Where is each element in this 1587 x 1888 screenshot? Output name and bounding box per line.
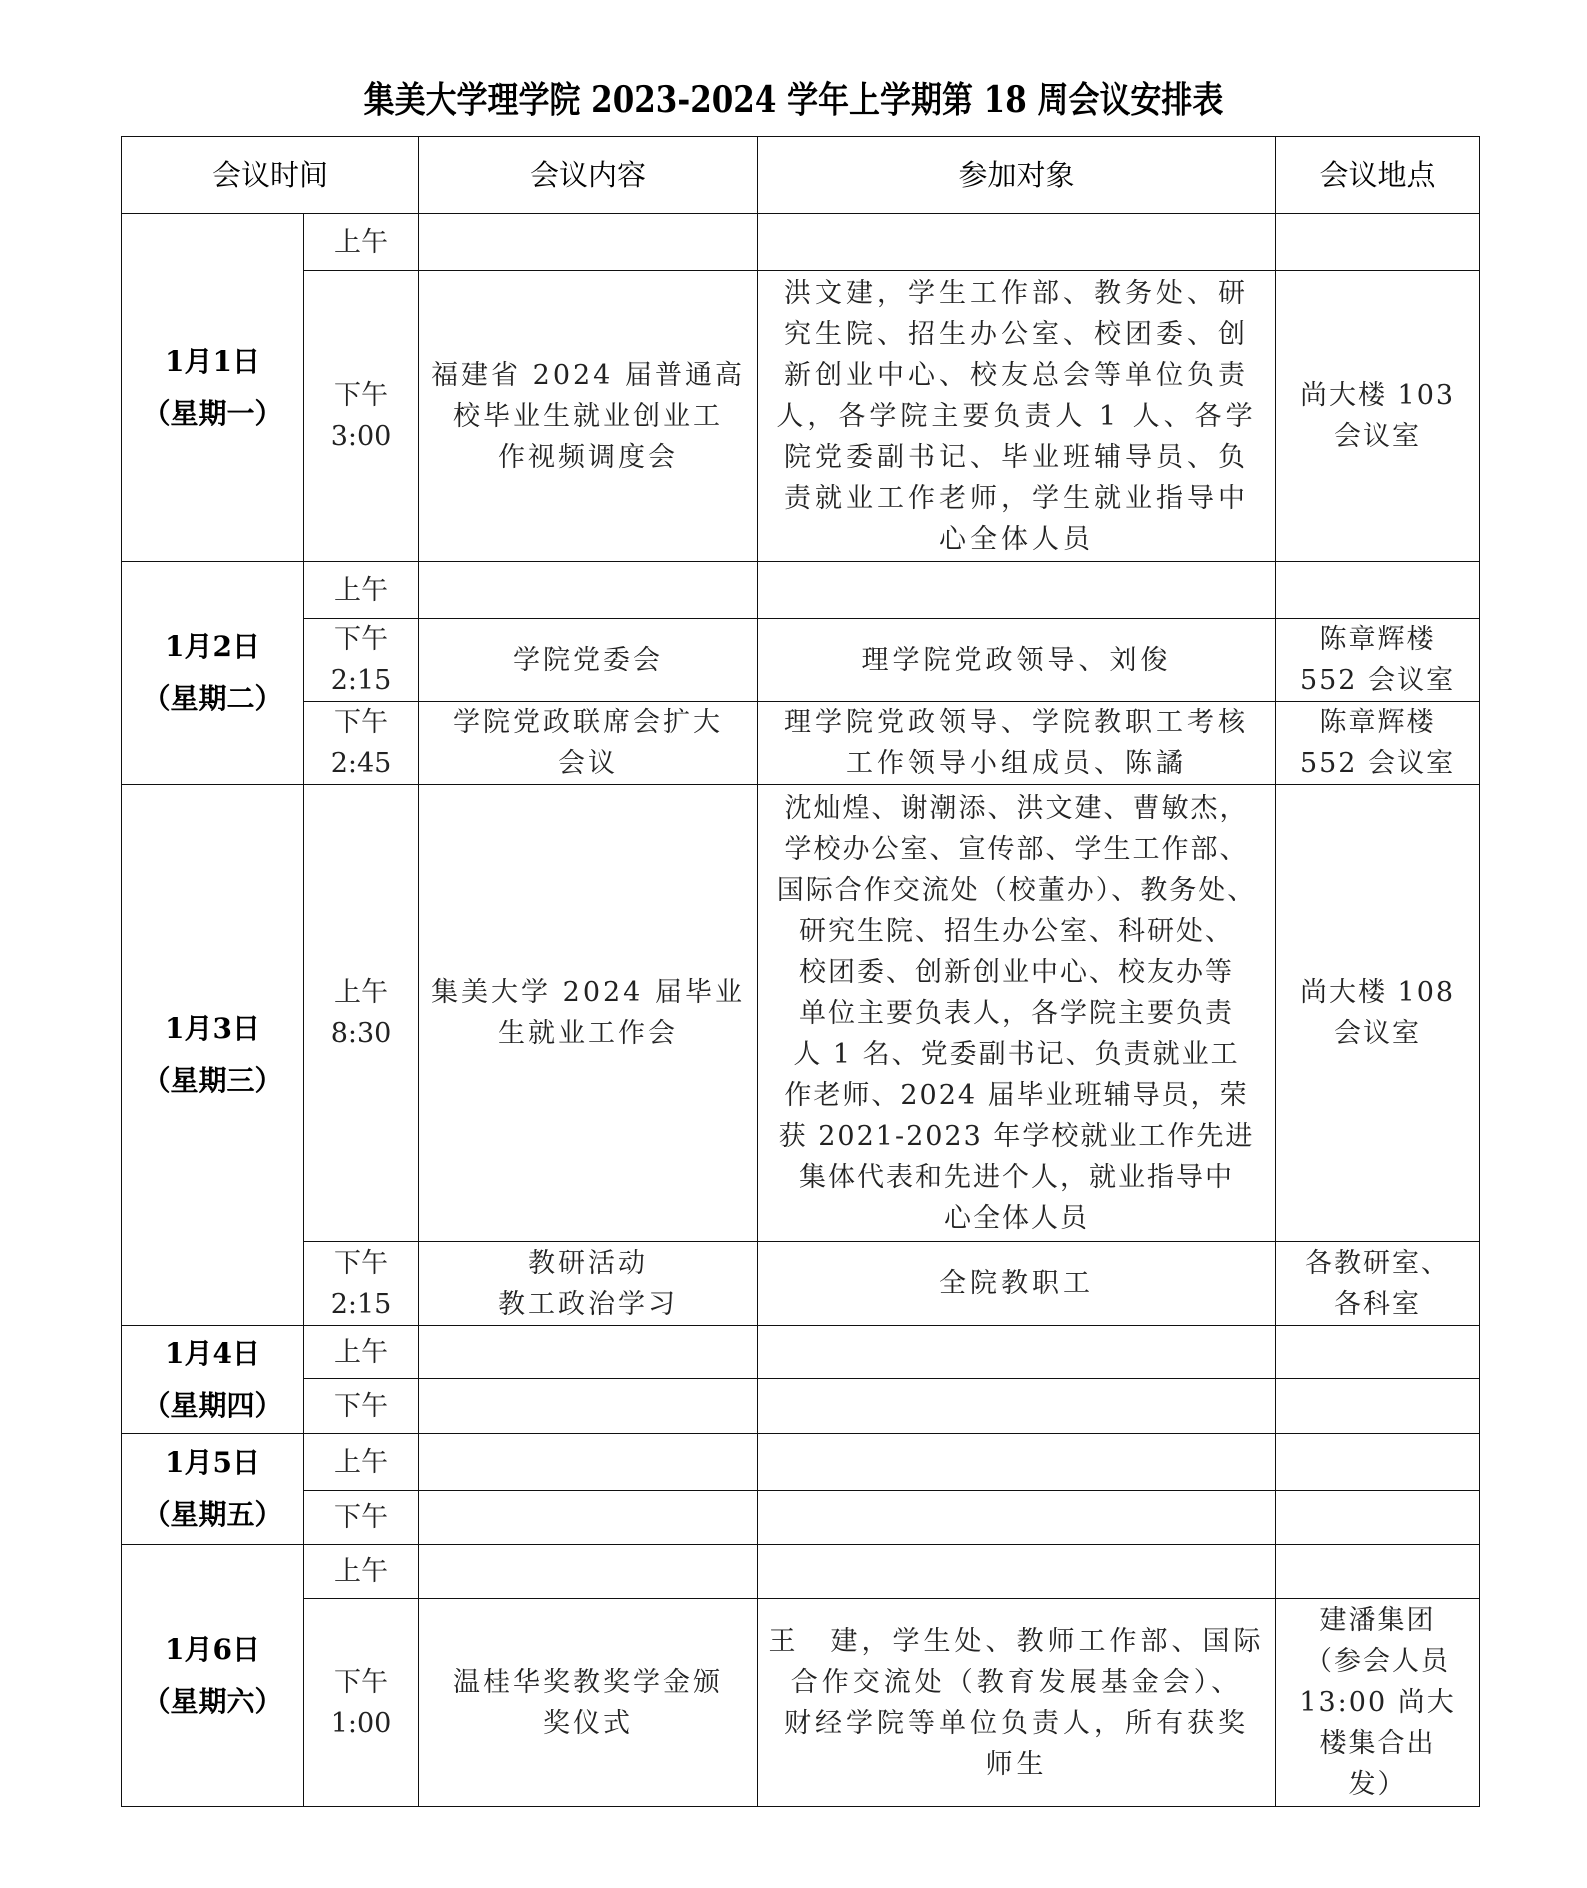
table-row: 1月4日 （星期四） 上午: [122, 1326, 1480, 1379]
content-cell: 温桂华奖教奖学金颁 奖仪式: [419, 1599, 758, 1807]
slot-cell: 下午 2:45: [304, 702, 419, 785]
content-cell: 福建省 2024 届普通高 校毕业生就业创业工 作视频调度会: [419, 271, 758, 562]
header-time: 会议时间: [122, 137, 419, 214]
attendees-cell: [758, 1326, 1276, 1379]
location-cell: [1276, 1545, 1480, 1599]
location-cell: 各教研室、 各科室: [1276, 1242, 1480, 1326]
attendees-cell: [758, 1434, 1276, 1491]
table-row: 1月3日 （星期三） 上午 8:30 集美大学 2024 届毕业 生就业工作会 …: [122, 785, 1480, 1242]
slot-cell: 下午 2:15: [304, 619, 419, 702]
attendees-cell: 理学院党政领导、学院教职工考核 工作领导小组成员、陈譎: [758, 702, 1276, 785]
date-cell: 1月6日 （星期六）: [122, 1545, 304, 1807]
attendees-cell: 王 建，学生处、教师工作部、国际 合作交流处（教育发展基金会）、 财经学院等单位…: [758, 1599, 1276, 1807]
slot-cell: 上午: [304, 1545, 419, 1599]
date-cell: 1月5日 （星期五）: [122, 1434, 304, 1545]
location-cell: [1276, 1379, 1480, 1434]
table-row: 下午 2:15 教研活动 教工政治学习 全院教职工 各教研室、 各科室: [122, 1242, 1480, 1326]
slot-cell: 下午 2:15: [304, 1242, 419, 1326]
location-cell: 陈章辉楼 552 会议室: [1276, 619, 1480, 702]
header-attendees: 参加对象: [758, 137, 1276, 214]
content-cell: 学院党政联席会扩大 会议: [419, 702, 758, 785]
meeting-schedule-table: 会议时间 会议内容 参加对象 会议地点 1月1日 （星期一） 上午 下午 3:0…: [121, 136, 1480, 1807]
table-row: 1月5日 （星期五） 上午: [122, 1434, 1480, 1491]
content-cell: [419, 1491, 758, 1545]
content-cell: [419, 1434, 758, 1491]
slot-cell: 上午: [304, 214, 419, 271]
slot-cell: 下午: [304, 1491, 419, 1545]
content-cell: 学院党委会: [419, 619, 758, 702]
slot-cell: 上午 8:30: [304, 785, 419, 1242]
table-row: 下午: [122, 1379, 1480, 1434]
slot-cell: 下午 3:00: [304, 271, 419, 562]
table-row: 下午 2:45 学院党政联席会扩大 会议 理学院党政领导、学院教职工考核 工作领…: [122, 702, 1480, 785]
header-location: 会议地点: [1276, 137, 1480, 214]
location-cell: 尚大楼 103 会议室: [1276, 271, 1480, 562]
attendees-cell: [758, 1491, 1276, 1545]
table-row: 下午 3:00 福建省 2024 届普通高 校毕业生就业创业工 作视频调度会 洪…: [122, 271, 1480, 562]
attendees-cell: [758, 1379, 1276, 1434]
date-cell: 1月1日 （星期一）: [122, 214, 304, 562]
attendees-cell: 全院教职工: [758, 1242, 1276, 1326]
location-cell: 尚大楼 108 会议室: [1276, 785, 1480, 1242]
page-title: 集美大学理学院 2023-2024 学年上学期第 18 周会议安排表: [111, 72, 1476, 123]
table-header-row: 会议时间 会议内容 参加对象 会议地点: [122, 137, 1480, 214]
table-row: 1月1日 （星期一） 上午: [122, 214, 1480, 271]
table-row: 下午 2:15 学院党委会 理学院党政领导、刘俊 陈章辉楼 552 会议室: [122, 619, 1480, 702]
attendees-cell: [758, 214, 1276, 271]
location-cell: [1276, 1491, 1480, 1545]
content-cell: 教研活动 教工政治学习: [419, 1242, 758, 1326]
location-cell: 建潘集团 （参会人员 13:00 尚大 楼集合出 发）: [1276, 1599, 1480, 1807]
slot-cell: 上午: [304, 562, 419, 619]
slot-cell: 下午: [304, 1379, 419, 1434]
location-cell: [1276, 1326, 1480, 1379]
content-cell: 集美大学 2024 届毕业 生就业工作会: [419, 785, 758, 1242]
date-cell: 1月2日 （星期二）: [122, 562, 304, 785]
location-cell: 陈章辉楼 552 会议室: [1276, 702, 1480, 785]
location-cell: [1276, 1434, 1480, 1491]
table-row: 1月6日 （星期六） 上午: [122, 1545, 1480, 1599]
slot-cell: 上午: [304, 1326, 419, 1379]
content-cell: [419, 562, 758, 619]
attendees-cell: 理学院党政领导、刘俊: [758, 619, 1276, 702]
table-row: 1月2日 （星期二） 上午: [122, 562, 1480, 619]
attendees-cell: [758, 1545, 1276, 1599]
date-cell: 1月3日 （星期三）: [122, 785, 304, 1326]
header-content: 会议内容: [419, 137, 758, 214]
content-cell: [419, 214, 758, 271]
date-cell: 1月4日 （星期四）: [122, 1326, 304, 1434]
table-row: 下午 1:00 温桂华奖教奖学金颁 奖仪式 王 建，学生处、教师工作部、国际 合…: [122, 1599, 1480, 1807]
attendees-cell: [758, 562, 1276, 619]
content-cell: [419, 1379, 758, 1434]
slot-cell: 下午 1:00: [304, 1599, 419, 1807]
content-cell: [419, 1545, 758, 1599]
table-row: 下午: [122, 1491, 1480, 1545]
location-cell: [1276, 214, 1480, 271]
attendees-cell: 洪文建，学生工作部、教务处、研 究生院、招生办公室、校团委、创 新创业中心、校友…: [758, 271, 1276, 562]
slot-cell: 上午: [304, 1434, 419, 1491]
location-cell: [1276, 562, 1480, 619]
attendees-cell: 沈灿煌、谢潮添、洪文建、曹敏杰， 学校办公室、宣传部、学生工作部、 国际合作交流…: [758, 785, 1276, 1242]
content-cell: [419, 1326, 758, 1379]
